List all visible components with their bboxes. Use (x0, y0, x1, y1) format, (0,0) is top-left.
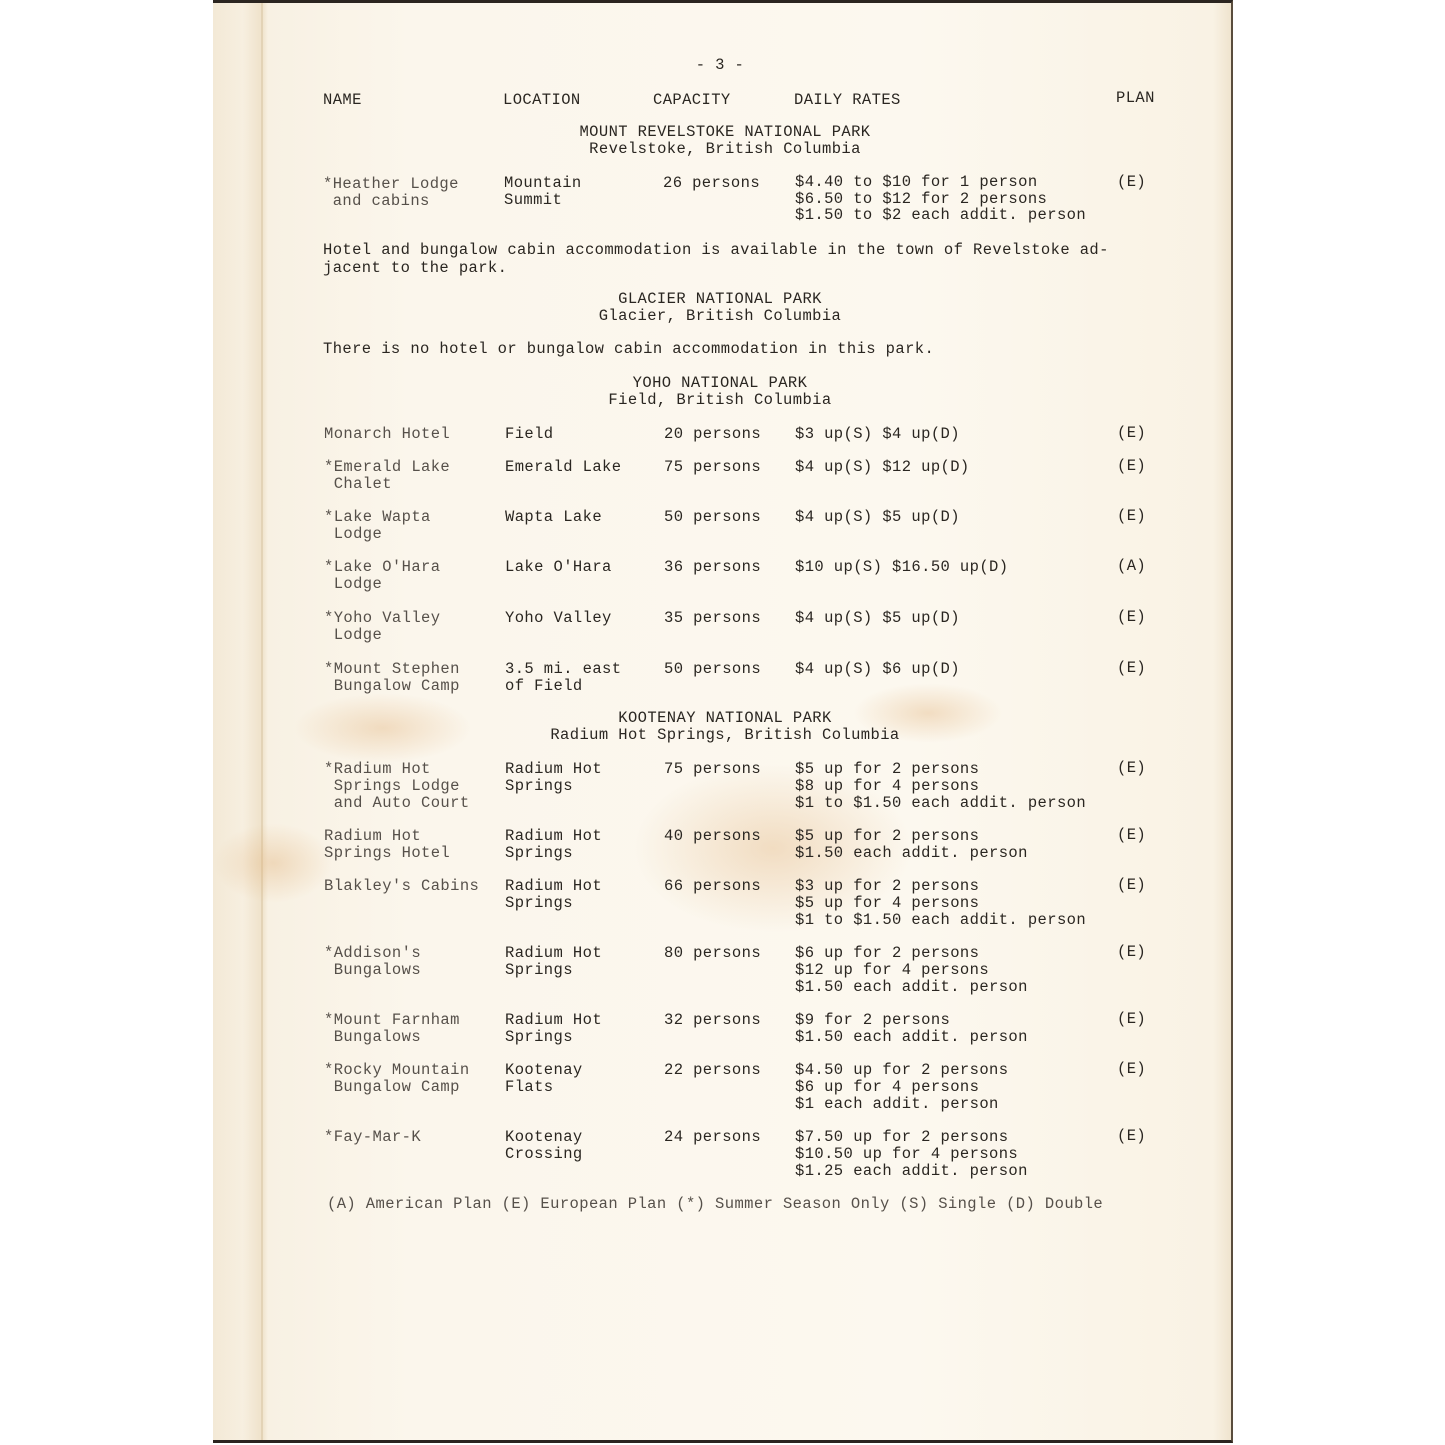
page-number: - 3 - (600, 57, 840, 74)
entry-location: Yoho Valley (505, 610, 612, 627)
entry-location: Radium Hot (505, 878, 602, 895)
park-heading: MOUNT REVELSTOKE NATIONAL PARK (425, 124, 1025, 141)
entry-rate: $1.50 to $2 each addit. person (795, 207, 1086, 224)
entry-location: Springs (505, 778, 573, 795)
section-note: jacent to the park. (323, 260, 507, 277)
entry-name: *Yoho Valley (324, 610, 440, 627)
entry-rate: $5 up for 2 persons (795, 828, 979, 845)
entry-name: Lodge (324, 627, 382, 644)
entry-rate: $1.50 each addit. person (795, 845, 1028, 862)
entry-location: Summit (504, 192, 562, 209)
entry-rate: $6 up for 4 persons (795, 1079, 979, 1096)
entry-capacity: 80 persons (664, 945, 761, 962)
entry-name: *Lake O'Hara (324, 559, 440, 576)
entry-plan: (E) (1117, 877, 1146, 894)
entry-rate: $12 up for 4 persons (795, 962, 989, 979)
entry-location: Crossing (505, 1146, 583, 1163)
entry-rate: $1.25 each addit. person (795, 1163, 1028, 1180)
entry-rate: $3 up for 2 persons (795, 878, 979, 895)
entry-name: Lodge (324, 576, 382, 593)
entry-name: *Addison's (324, 945, 421, 962)
entry-rate: $4.50 up for 2 persons (795, 1062, 1008, 1079)
entry-location: Radium Hot (505, 945, 602, 962)
entry-name: and Auto Court (324, 795, 470, 812)
entry-name: *Emerald Lake (324, 459, 450, 476)
entry-plan: (E) (1117, 609, 1146, 626)
entry-capacity: 75 persons (664, 459, 761, 476)
entry-rate: $10.50 up for 4 persons (795, 1146, 1018, 1163)
entry-plan: (E) (1117, 174, 1146, 191)
entry-plan: (E) (1117, 458, 1146, 475)
entry-location: Kootenay (505, 1129, 583, 1146)
entry-location: Radium Hot (505, 761, 602, 778)
entry-capacity: 66 persons (664, 878, 761, 895)
entry-plan: (E) (1117, 827, 1146, 844)
entry-capacity: 32 persons (664, 1012, 761, 1029)
entry-name: Chalet (324, 476, 392, 493)
entry-name: Springs Hotel (324, 845, 450, 862)
entry-rate: $6 up for 2 persons (795, 945, 979, 962)
entry-plan: (E) (1117, 1061, 1146, 1078)
entry-name: *Rocky Mountain (324, 1062, 470, 1079)
entry-rate: $4.40 to $10 for 1 person (795, 174, 1038, 191)
park-heading: KOOTENAY NATIONAL PARK (425, 710, 1025, 727)
entry-plan: (E) (1117, 944, 1146, 961)
park-location: Radium Hot Springs, British Columbia (425, 727, 1025, 744)
entry-rate: $1 each addit. person (795, 1096, 999, 1113)
entry-rate: $5 up for 4 persons (795, 895, 979, 912)
entry-plan: (E) (1117, 660, 1146, 677)
entry-plan: (A) (1117, 558, 1146, 575)
entry-rate: $1.50 each addit. person (795, 979, 1028, 996)
entry-location: Field (505, 426, 554, 443)
entry-location: Lake O'Hara (505, 559, 612, 576)
entry-location: Kootenay (505, 1062, 583, 1079)
column-header-location: LOCATION (503, 92, 581, 109)
entry-plan: (E) (1117, 1011, 1146, 1028)
entry-location: of Field (505, 678, 583, 695)
park-location: Glacier, British Columbia (420, 308, 1020, 325)
entry-name: *Mount Farnham (324, 1012, 460, 1029)
plan-legend: (A) American Plan (E) European Plan (*) … (327, 1196, 1103, 1213)
park-location: Field, British Columbia (420, 392, 1020, 409)
entry-name: *Mount Stephen (324, 661, 460, 678)
section-note: There is no hotel or bungalow cabin acco… (323, 341, 934, 358)
entry-name: *Lake Wapta (324, 509, 431, 526)
entry-location: Springs (505, 962, 573, 979)
column-header-plan: PLAN (1116, 90, 1155, 107)
entry-location: Springs (505, 1029, 573, 1046)
entry-name: Blakley's Cabins (324, 878, 479, 895)
entry-location: Wapta Lake (505, 509, 602, 526)
entry-rate: $1.50 each addit. person (795, 1029, 1028, 1046)
entry-location: Mountain (504, 175, 582, 192)
entry-capacity: 50 persons (664, 509, 761, 526)
entry-capacity: 22 persons (664, 1062, 761, 1079)
entry-name: Lodge (324, 526, 382, 543)
entry-name: and cabins (323, 193, 430, 210)
entry-capacity: 35 persons (664, 610, 761, 627)
entry-rate: $9 for 2 persons (795, 1012, 950, 1029)
park-location: Revelstoke, British Columbia (425, 141, 1025, 158)
column-header-name: NAME (323, 92, 362, 109)
entry-location: Radium Hot (505, 1012, 602, 1029)
entry-rate: $5 up for 2 persons (795, 761, 979, 778)
entry-plan: (E) (1117, 425, 1146, 442)
entry-name: *Radium Hot (324, 761, 431, 778)
column-header-daily-rates: DAILY RATES (794, 92, 901, 109)
entry-location: 3.5 mi. east (505, 661, 621, 678)
entry-name: Radium Hot (324, 828, 421, 845)
entry-capacity: 26 persons (663, 175, 760, 192)
column-header-capacity: CAPACITY (653, 92, 731, 109)
entry-name: Bungalows (324, 962, 421, 979)
entry-name: Monarch Hotel (324, 426, 450, 443)
entry-rate: $8 up for 4 persons (795, 778, 979, 795)
entry-plan: (E) (1117, 1128, 1146, 1145)
entry-name: Bungalows (324, 1029, 421, 1046)
entry-rate: $4 up(S) $12 up(D) (795, 459, 970, 476)
entry-rate: $3 up(S) $4 up(D) (795, 426, 960, 443)
entry-rate: $4 up(S) $5 up(D) (795, 509, 960, 526)
park-heading: YOHO NATIONAL PARK (420, 375, 1020, 392)
entry-rate: $4 up(S) $5 up(D) (795, 610, 960, 627)
entry-location: Radium Hot (505, 828, 602, 845)
entry-rate: $1 to $1.50 each addit. person (795, 795, 1086, 812)
entry-location: Flats (505, 1079, 554, 1096)
entry-capacity: 20 persons (664, 426, 761, 443)
document-body: - 3 - NAME LOCATION CAPACITY DAILY RATES… (0, 0, 1445, 1445)
entry-capacity: 40 persons (664, 828, 761, 845)
park-heading: GLACIER NATIONAL PARK (420, 291, 1020, 308)
entry-location: Springs (505, 845, 573, 862)
entry-rate: $4 up(S) $6 up(D) (795, 661, 960, 678)
entry-name: Bungalow Camp (324, 1079, 460, 1096)
entry-rate: $1 to $1.50 each addit. person (795, 912, 1086, 929)
entry-name: Bungalow Camp (324, 678, 460, 695)
entry-name: *Fay-Mar-K (324, 1129, 421, 1146)
entry-name: Springs Lodge (324, 778, 460, 795)
entry-location: Emerald Lake (505, 459, 621, 476)
entry-capacity: 36 persons (664, 559, 761, 576)
entry-plan: (E) (1117, 760, 1146, 777)
entry-plan: (E) (1117, 508, 1146, 525)
entry-rate: $7.50 up for 2 persons (795, 1129, 1008, 1146)
entry-capacity: 24 persons (664, 1129, 761, 1146)
section-note: Hotel and bungalow cabin accommodation i… (323, 242, 1109, 259)
entry-capacity: 75 persons (664, 761, 761, 778)
entry-rate: $10 up(S) $16.50 up(D) (795, 559, 1008, 576)
entry-location: Springs (505, 895, 573, 912)
entry-capacity: 50 persons (664, 661, 761, 678)
entry-name: *Heather Lodge (323, 176, 459, 193)
